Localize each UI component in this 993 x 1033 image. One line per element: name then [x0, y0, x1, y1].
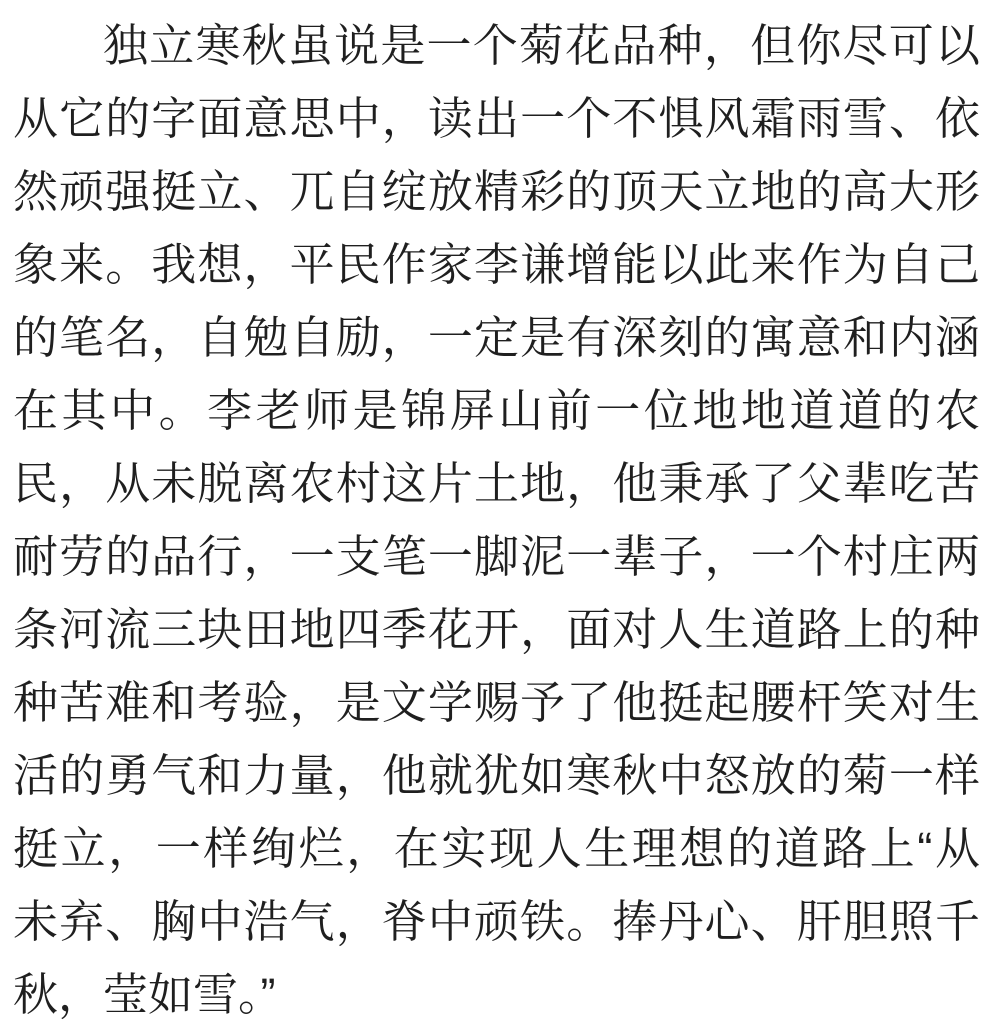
text-line: 耐劳的品行，一支笔一脚泥一辈子，一个村庄两 [13, 520, 980, 593]
text-line: 挺立，一样绚烂，在实现人生理想的道路上“从 [13, 812, 980, 885]
text-line: 种苦难和考验，是文学赐予了他挺起腰杆笑对生 [13, 666, 980, 739]
text-line: 然顽强挺立、兀自绽放精彩的顶天立地的高大形 [13, 155, 980, 228]
text-line: 民，从未脱离农村这片土地，他秉承了父辈吃苦 [13, 447, 980, 520]
text-line: 条河流三块田地四季花开，面对人生道路上的种 [13, 593, 980, 666]
text-line: 未弃、胸中浩气，脊中顽铁。捧丹心、肝胆照千 [13, 885, 980, 958]
text-line: 象来。我想，平民作家李谦增能以此来作为自己 [13, 228, 980, 301]
text-line: 从它的字面意思中，读出一个不惧风霜雨雪、依 [13, 82, 980, 155]
article-paragraph: 独立寒秋虽说是一个菊花品种，但你尽可以 从它的字面意思中，读出一个不惧风霜雨雪、… [13, 9, 980, 1031]
text-line: 秋，莹如雪。” [13, 958, 980, 1031]
text-line: 在其中。李老师是锦屏山前一位地地道道的农 [13, 374, 980, 447]
document-page: 独立寒秋虽说是一个菊花品种，但你尽可以 从它的字面意思中，读出一个不惧风霜雨雪、… [0, 0, 993, 1033]
text-line: 的笔名，自勉自励，一定是有深刻的寓意和内涵 [13, 301, 980, 374]
text-line: 独立寒秋虽说是一个菊花品种，但你尽可以 [13, 9, 980, 82]
text-line: 活的勇气和力量，他就犹如寒秋中怒放的菊一样 [13, 739, 980, 812]
